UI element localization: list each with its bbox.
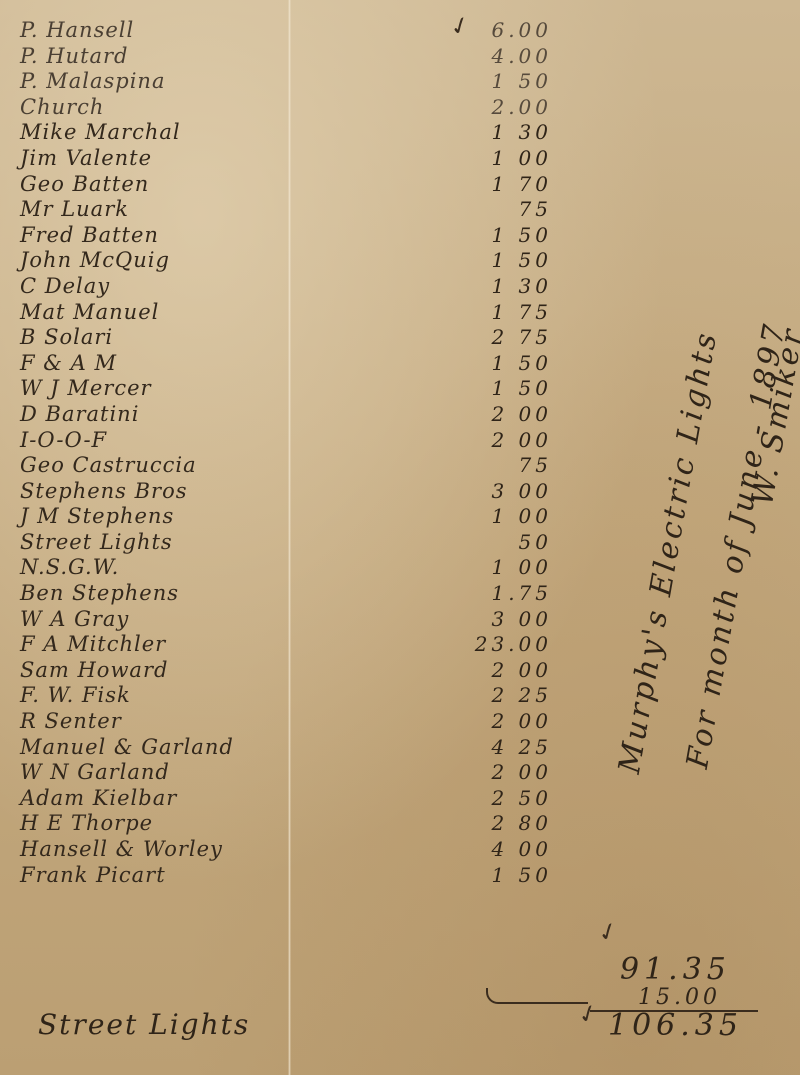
entry-name: Street Lights (20, 530, 300, 556)
entry-name: F & A M (20, 351, 300, 377)
entry-name: Geo Batten (20, 172, 300, 198)
entry-amount: 1 50 (440, 223, 580, 249)
entry-amount: 2 00 (440, 709, 580, 735)
entry-amount: 2 50 (440, 786, 580, 812)
entry-name: Manuel & Garland (20, 735, 300, 761)
entry-name: P. Hutard (20, 44, 300, 70)
entry-amount: 2 00 (440, 428, 580, 454)
entry-name: Jim Valente (20, 146, 300, 172)
entry-name: Stephens Bros (20, 479, 300, 505)
tick-mark-icon: ✓ (594, 915, 622, 948)
entry-name: W J Mercer (20, 376, 300, 402)
entry-amount: 1 50 (440, 248, 580, 274)
entry-amount: 1 00 (440, 504, 580, 530)
entry-name: W N Garland (20, 760, 300, 786)
entry-amount: 2 00 (440, 760, 580, 786)
amounts-column: 6.00 4.00 1 50 2.00 1 30 1 00 1 70 75 1 … (440, 18, 580, 888)
entry-amount: 1 00 (440, 555, 580, 581)
entry-amount: 2 80 (440, 811, 580, 837)
grand-total: 106.35 (590, 1008, 760, 1043)
entry-name: Fred Batten (20, 223, 300, 249)
entry-name: R Senter (20, 709, 300, 735)
entry-name: Sam Howard (20, 658, 300, 684)
entry-name: N.S.G.W. (20, 555, 300, 581)
entry-amount: 1 50 (440, 376, 580, 402)
entry-name: I-O-O-F (20, 428, 300, 454)
entry-name: B Solari (20, 325, 300, 351)
entry-amount: 1 00 (440, 146, 580, 172)
entry-amount: 2.00 (440, 95, 580, 121)
entry-name: H E Thorpe (20, 811, 300, 837)
names-column: P. Hansell P. Hutard P. Malaspina Church… (20, 18, 300, 888)
footer-item-name: Street Lights (38, 1008, 250, 1041)
totals-block: 91.35 15.00 106.35 (590, 952, 760, 1043)
ledger-page: P. Hansell P. Hutard P. Malaspina Church… (0, 0, 800, 1075)
entry-amount: 1 70 (440, 172, 580, 198)
entry-amount: 3 00 (440, 479, 580, 505)
entry-name: J M Stephens (20, 504, 300, 530)
entry-name: Mike Marchal (20, 120, 300, 146)
entry-name: F A Mitchler (20, 632, 300, 658)
entry-name: Frank Picart (20, 863, 300, 889)
entry-amount: 2 75 (440, 325, 580, 351)
entry-amount: 3 00 (440, 607, 580, 633)
entry-amount: 1 75 (440, 300, 580, 326)
entry-name: Geo Castruccia (20, 453, 300, 479)
entry-amount: 4 25 (440, 735, 580, 761)
entry-amount: 75 (440, 197, 580, 223)
entry-amount: 2 00 (440, 402, 580, 428)
entry-name: Adam Kielbar (20, 786, 300, 812)
entry-amount: 4.00 (440, 44, 580, 70)
entry-amount: 1 30 (440, 120, 580, 146)
entry-amount: 1 50 (440, 863, 580, 889)
entry-name: Ben Stephens (20, 581, 300, 607)
entry-amount: 50 (440, 530, 580, 556)
subtotal: 91.35 (590, 952, 760, 987)
entry-name: D Baratini (20, 402, 300, 428)
entry-amount: 1 50 (440, 69, 580, 95)
entry-name: P. Malaspina (20, 69, 300, 95)
entry-name: P. Hansell (20, 18, 300, 44)
entry-amount: 2 25 (440, 683, 580, 709)
entry-name: C Delay (20, 274, 300, 300)
entry-amount: 1.75 (440, 581, 580, 607)
entry-amount: 1 30 (440, 274, 580, 300)
entry-name: Mr Luark (20, 197, 300, 223)
entry-name: F. W. Fisk (20, 683, 300, 709)
bracket-arrow-icon (486, 988, 588, 1004)
entry-name: John McQuig (20, 248, 300, 274)
entry-name: Hansell & Worley (20, 837, 300, 863)
entry-amount: 75 (440, 453, 580, 479)
entry-name: W A Gray (20, 607, 300, 633)
entry-name: Church (20, 95, 300, 121)
entry-amount: 2 00 (440, 658, 580, 684)
entry-name: Mat Manuel (20, 300, 300, 326)
entry-amount: 23.00 (440, 632, 580, 658)
entry-amount: 1 50 (440, 351, 580, 377)
entry-amount: 4 00 (440, 837, 580, 863)
